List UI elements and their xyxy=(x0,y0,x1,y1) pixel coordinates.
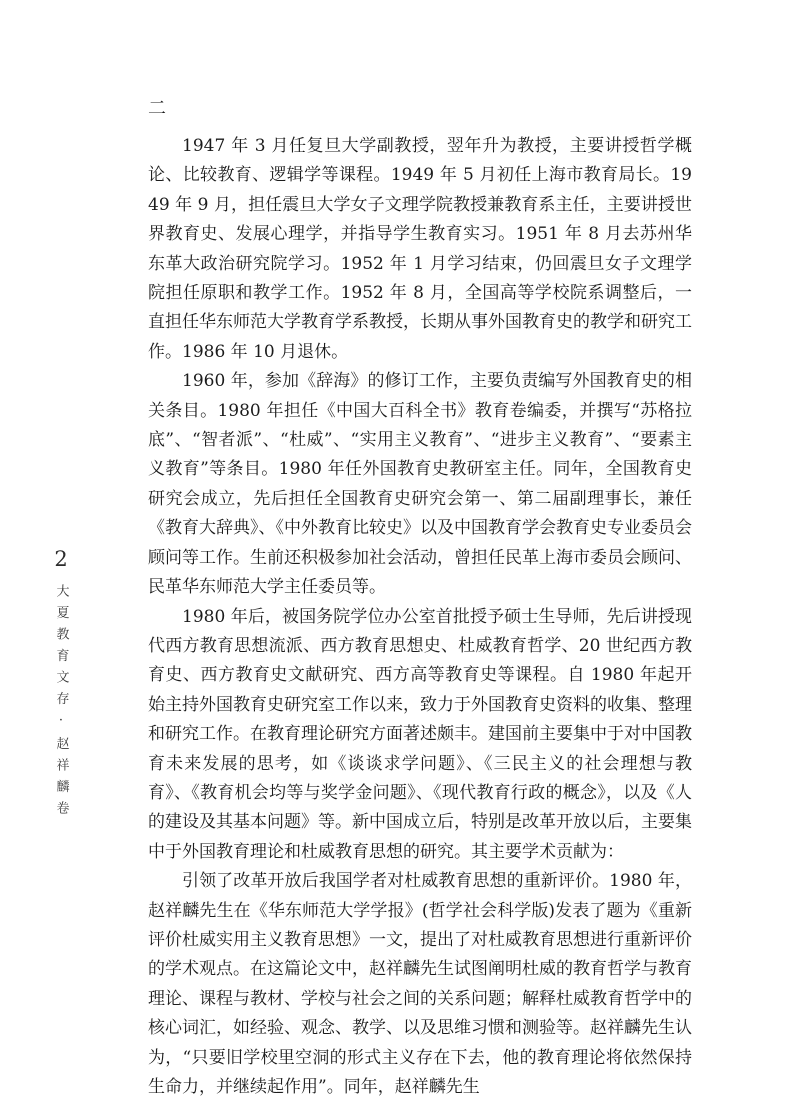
book-page: 2 大夏教育文存·赵祥麟卷 二 1947 年 3 月任复旦大学副教授，翌年升为教… xyxy=(0,0,790,1106)
paragraph-career: 1947 年 3 月任复旦大学副教授，翌年升为教授，主要讲授哲学概论、比较教育、… xyxy=(148,132,692,367)
page-number: 2 xyxy=(48,547,74,571)
page-margin-label: 2 大夏教育文存·赵祥麟卷 xyxy=(48,547,74,823)
page-body: 二 1947 年 3 月任复旦大学副教授，翌年升为教授，主要讲授哲学概论、比较教… xyxy=(148,94,692,1102)
paragraph-editorial-work: 1960 年，参加《辞海》的修订工作，主要负责编写外国教育史的相关条目。1980… xyxy=(148,367,692,602)
section-heading: 二 xyxy=(148,94,692,123)
paragraph-dewey-reevaluation: 引领了改革开放后我国学者对杜威教育思想的重新评价。1980 年，赵祥麟先生在《华… xyxy=(148,867,692,1102)
paragraph-teaching-research: 1980 年后，被国务院学位办公室首批授予硕士生导师，先后讲授现代西方教育思想流… xyxy=(148,603,692,868)
series-title-vertical: 大夏教育文存·赵祥麟卷 xyxy=(52,584,71,823)
